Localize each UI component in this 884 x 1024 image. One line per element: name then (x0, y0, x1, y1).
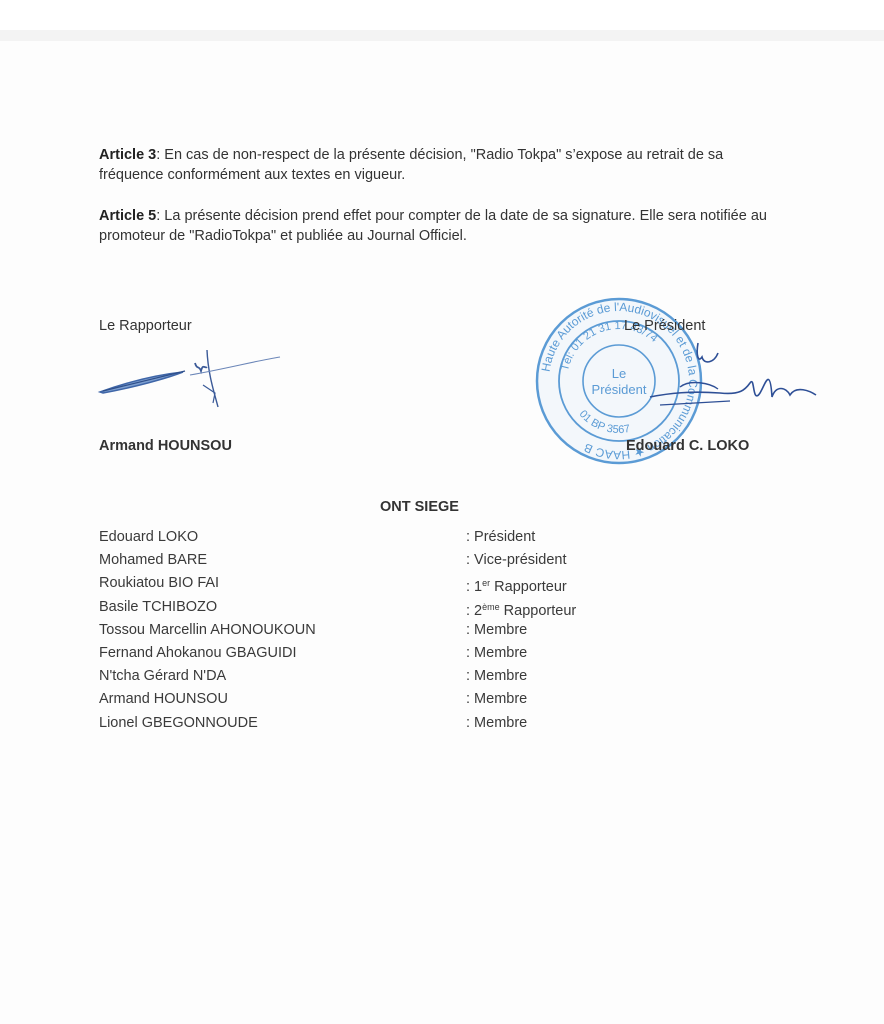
member-role-text: : Membre (466, 715, 527, 731)
president-title: Le Président (624, 318, 705, 334)
member-role-text: : Membre (466, 645, 527, 661)
article-3-text: : En cas de non-respect de la présente d… (99, 147, 723, 183)
ont-siege-heading: ONT SIEGE (380, 499, 459, 515)
member-name: Tossou Marcellin AHONOUKOUN (99, 619, 466, 642)
member-row: Armand HOUNSOU: Membre (99, 688, 659, 711)
member-role: : Membre (466, 688, 527, 711)
member-name: Roukiatou BIO FAI (99, 572, 466, 595)
member-name: Edouard LOKO (99, 526, 466, 549)
member-row: Tossou Marcellin AHONOUKOUN: Membre (99, 619, 659, 642)
member-row: Roukiatou BIO FAI: 1er Rapporteur (99, 572, 659, 595)
article-5-label: Article 5 (99, 208, 156, 224)
member-role-text: : Membre (466, 622, 527, 638)
member-role: : Vice-président (466, 549, 566, 572)
member-role-text: : 1 (466, 579, 482, 595)
member-role-text: : Membre (466, 668, 527, 684)
member-role: : Président (466, 526, 535, 549)
member-name: N'tcha Gérard N'DA (99, 665, 466, 688)
member-row: Basile TCHIBOZO: 2ème Rapporteur (99, 596, 659, 619)
member-name: Mohamed BARE (99, 549, 466, 572)
member-name: Fernand Ahokanou GBAGUIDI (99, 642, 466, 665)
member-role-text: : Président (466, 529, 535, 545)
article-3: Article 3: En cas de non-respect de la p… (99, 145, 789, 185)
member-role: : 2ème Rapporteur (466, 596, 576, 619)
member-row: Mohamed BARE: Vice-président (99, 549, 659, 572)
rapporteur-title: Le Rapporteur (99, 318, 192, 334)
article-5-text: : La présente décision prend effet pour … (99, 208, 767, 244)
president-name: Edouard C. LOKO (626, 438, 749, 454)
rapporteur-name: Armand HOUNSOU (99, 438, 232, 454)
member-row: N'tcha Gérard N'DA: Membre (99, 665, 659, 688)
member-row: Edouard LOKO: Président (99, 526, 659, 549)
member-role-ordinal: er (482, 578, 490, 588)
member-role-ordinal: ème (482, 602, 500, 612)
member-role: : Membre (466, 665, 527, 688)
member-row: Lionel GBEGONNOUDE: Membre (99, 712, 659, 735)
member-role-suffix: Rapporteur (490, 579, 567, 595)
member-role-text: : Membre (466, 691, 527, 707)
article-5: Article 5: La présente décision prend ef… (99, 206, 789, 246)
member-role: : Membre (466, 619, 527, 642)
rapporteur-signature-icon (95, 345, 285, 425)
president-signature-icon (590, 335, 820, 425)
member-role: : 1er Rapporteur (466, 572, 567, 595)
member-role: : Membre (466, 642, 527, 665)
member-name: Armand HOUNSOU (99, 688, 466, 711)
article-3-label: Article 3 (99, 147, 156, 163)
member-role-text: : Vice-président (466, 552, 566, 568)
member-name: Lionel GBEGONNOUDE (99, 712, 466, 735)
member-role-text: : 2 (466, 603, 482, 619)
member-row: Fernand Ahokanou GBAGUIDI: Membre (99, 642, 659, 665)
page-top-edge (0, 30, 884, 41)
member-role: : Membre (466, 712, 527, 735)
top-margin (0, 0, 884, 30)
members-list: Edouard LOKO: PrésidentMohamed BARE: Vic… (99, 526, 659, 735)
member-name: Basile TCHIBOZO (99, 596, 466, 619)
member-role-suffix: Rapporteur (500, 603, 577, 619)
